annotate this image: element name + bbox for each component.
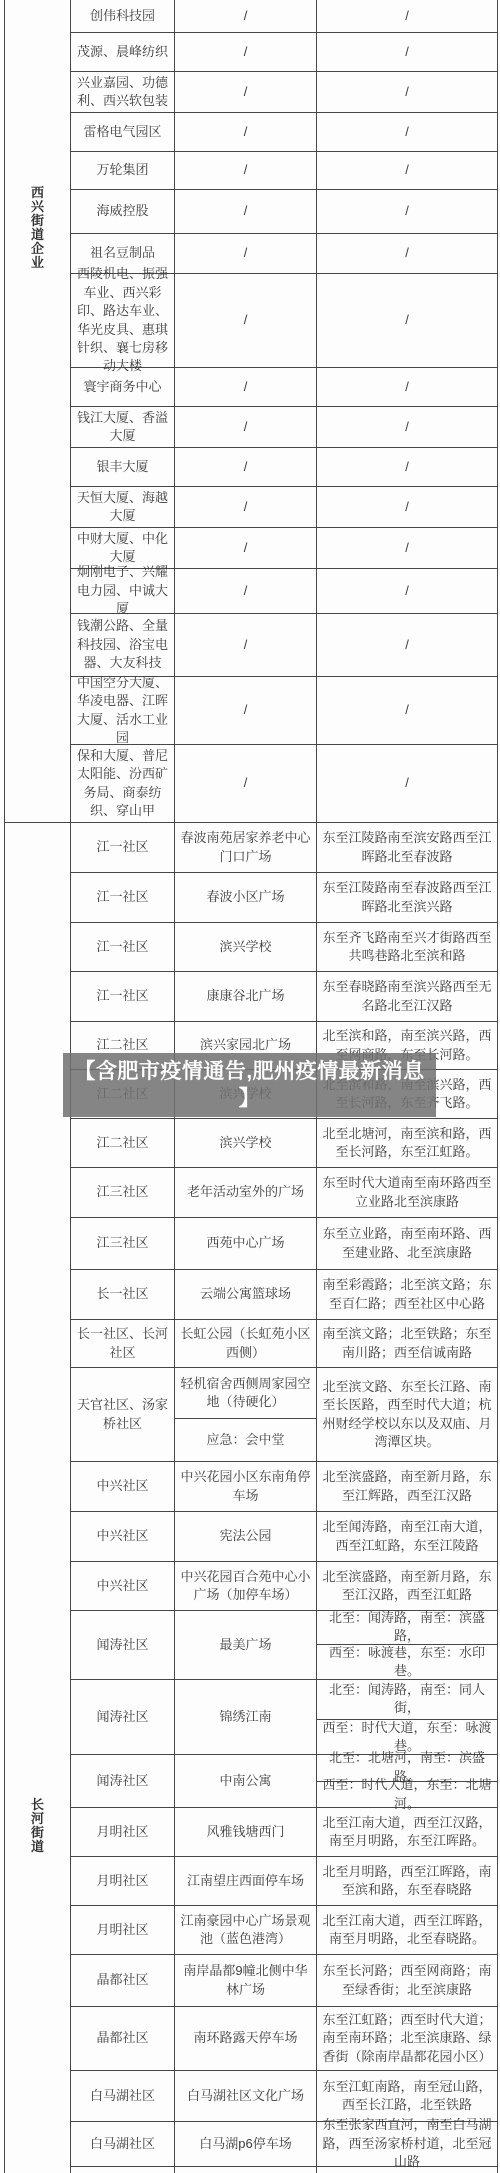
- table-row: 闻涛社区中南公寓北至：北塘河，南至：滨盛路，西至：时代大道，东至：北塘河。: [71, 1755, 497, 1808]
- community-cell: 闻涛社区: [71, 1611, 175, 1679]
- range-cell: 东至江虹路；西至时代大道；南至南环路；北至滨康路、绿香街（除南岸晶都花园小区）: [317, 2007, 497, 2070]
- site-cell-text: 江南豪园中心广场景观池（蓝色港湾）: [180, 1912, 311, 1949]
- table-row: 江三社区老年活动室外的广场东至时代大道南至南环路西至立业路北至滨康路: [71, 1168, 497, 1218]
- range-cell: 北至北塘河，南至滨和路，西至长河路，东至江虹路。: [317, 1119, 497, 1167]
- range-cell-text: 西至：咏渡巷，东至：水印巷。: [322, 1644, 492, 1681]
- watermark-line1: 【含肥市疫情通告,肥州疫情最新消息: [63, 1058, 436, 1085]
- community-cell-text: 长一社区: [96, 1285, 148, 1303]
- range-cell: 东至齐飞路南至兴才街路西至共鸣巷路北至滨和路: [317, 923, 497, 971]
- range-cell-text: /: [405, 636, 409, 654]
- range-cell-text: /: [405, 774, 409, 792]
- street-label-char: 道: [5, 1839, 70, 1853]
- table-row: 江二社区滨兴学校北至北塘河，南至滨和路，西至长河路，东至江虹路。: [71, 1119, 497, 1168]
- range-cell-text: 东至江虹南路，南至冠山路，西至长江路，北至铁路: [322, 2078, 492, 2115]
- range-cell-text: 南至滨文路；北至铁路；东至南川路；西至信诚南路: [322, 1325, 492, 1362]
- range-cell-text: /: [405, 202, 409, 220]
- community-cell-text: 江一社区: [96, 987, 148, 1005]
- range-cell: /: [317, 745, 497, 822]
- range-cell-text: /: [405, 458, 409, 476]
- table-row: 江一社区滨兴学校东至齐飞路南至兴才街路西至共鸣巷路北至滨和路: [71, 923, 497, 972]
- range-cell: 东至春晓路南至滨兴路西至无名路北至江汉路: [317, 972, 497, 1021]
- site-cell-text: 轻机宿舍西侧周家园空地（待硬化）: [180, 1375, 311, 1412]
- community-cell-text: 西陵机电、振强车业、西兴彩印、路达车业、华光皮具、惠琪针织、襄七房移动大楼: [76, 265, 169, 376]
- table-row: 白马湖社区白马湖p6停车场东至张家西直河，南至白马湖路，西至汤家桥村道，北至冠山…: [71, 2122, 497, 2167]
- street-label-char: 企: [5, 241, 70, 255]
- range-cell: 南至彩霞路；北至滨文路；东至百仁路；西至社区中心路: [317, 1270, 497, 1319]
- community-cell: 晶都社区: [71, 1955, 175, 2006]
- community-cell-text: 长一社区、长河社区: [76, 1325, 169, 1362]
- community-cell: 江三社区: [71, 1168, 175, 1217]
- range-cell: 东至时代大道南至南环路西至立业路北至滨康路: [317, 1168, 497, 1217]
- site-cell-text: /: [244, 774, 248, 792]
- site-cell: 长虹公园（长虹苑小区西侧）: [175, 1320, 317, 1367]
- table-row: 中兴社区中兴花园小区东南角停车场北至滨盛路，南至新月路，东至江辉路，西至江汉路: [71, 1462, 497, 1512]
- site-cell: /: [175, 368, 317, 406]
- site-cell-text: 风雅钱塘西门: [206, 1823, 284, 1841]
- street-section: 西兴街道企业创伟科技园//茂源、晨峰纺织//兴业嘉园、功德利、西兴软包装//雷格…: [5, 0, 497, 823]
- community-cell-text: 中财大厦、中化大厦: [76, 530, 169, 567]
- community-cell: 江一社区: [71, 972, 175, 1021]
- table-row: 创伟科技园//: [71, 0, 497, 33]
- site-cell: 滨兴学校: [175, 923, 317, 971]
- range-cell-part: 北至：闻涛路，南至：滨盛路，: [317, 1611, 497, 1645]
- street-label-char: 兴: [5, 199, 70, 213]
- community-cell-text: 天恒大厦、海越大厦: [76, 489, 169, 526]
- range-cell: /: [317, 528, 497, 568]
- site-cell: 春波小区广场: [175, 873, 317, 922]
- range-cell: 北至滨盛路，南至新月路，东至江辉路，西至江汉路: [317, 1462, 497, 1511]
- table-row: 晶都社区南环路露天停车场东至江虹路；西至时代大道；南至南环路；北至滨康路、绿香街…: [71, 2007, 497, 2071]
- range-cell-text: /: [405, 83, 409, 101]
- site-cell: /: [175, 614, 317, 676]
- community-cell-text: 江二社区: [96, 1036, 148, 1054]
- range-cell-part: 西至：时代大道，东至：北塘河。: [317, 1782, 497, 1808]
- community-cell: 中国空分大厦、华凌电器、江晖大厦、活水工业园: [71, 677, 175, 744]
- range-cell: /: [317, 368, 497, 406]
- site-cell: 宪法公园: [175, 1512, 317, 1561]
- site-cell: /: [175, 745, 317, 822]
- table-row: 天恒大厦、海越大厦//: [71, 487, 497, 528]
- site-cell: /: [175, 234, 317, 273]
- range-cell-text: /: [405, 701, 409, 719]
- table-row: 保和大厦、普尼太阳能、汾西矿务局、商泰纺织、穿山甲//: [71, 745, 497, 823]
- site-cell-text: 江南望庄西面停车场: [187, 1872, 304, 1890]
- site-cell: /: [175, 677, 317, 744]
- table-row: 中国空分大厦、华凌电器、江晖大厦、活水工业园//: [71, 677, 497, 745]
- community-cell: 茂源、晨峰纺织: [71, 33, 175, 71]
- community-cell: 长一社区: [71, 1270, 175, 1319]
- site-cell-text: 南岸晶都9幢北侧中华林广场: [180, 1962, 311, 1999]
- watermark-banner: 【含肥市疫情通告,肥州疫情最新消息 】: [63, 1053, 436, 1117]
- table-row: 江一社区春波小区广场东至江陵路南至春波路西至江晖路北至滨兴路: [71, 873, 497, 923]
- range-cell-text: 南至彩霞路；北至滨文路；东至百仁路；西至社区中心路: [322, 1276, 492, 1313]
- site-cell: 白马湖p6停车场: [175, 2122, 317, 2166]
- community-cell: 闻涛社区: [71, 1680, 175, 1754]
- site-cell: 老年活动室外的广场: [175, 1168, 317, 1217]
- street-group-label: 长河街道: [5, 1797, 70, 1853]
- range-cell-text: /: [405, 539, 409, 557]
- street-group-cell: 西兴街道企业: [5, 0, 71, 823]
- range-cell-text: 东至江陵路南至春波路西至江晖路北至滨兴路: [322, 879, 492, 916]
- community-cell: 寰宇商务中心: [71, 368, 175, 406]
- range-cell: 东至张家西直河，南至白马湖路，西至汤家桥村道，北至冠山路: [317, 2122, 497, 2166]
- site-cell-text: 白马湖p6停车场: [199, 2135, 291, 2153]
- range-cell-text: /: [405, 418, 409, 436]
- range-cell-text: /: [405, 582, 409, 600]
- community-cell-text: 江三社区: [96, 1234, 148, 1252]
- site-cell: /: [175, 33, 317, 71]
- community-cell-text: 江一社区: [96, 938, 148, 956]
- range-cell-text: 东至齐飞路南至兴才街路西至共鸣巷路北至滨和路: [322, 929, 492, 966]
- range-cell: 北至：闻涛路，南至：同人街，西至：时代大道，东至：咏渡巷。: [317, 1680, 497, 1754]
- table-row: 晶都社区南岸晶都9幢北侧中华林广场东至长河路；西至网商路；南至绿香街；北至滨康路: [71, 1955, 497, 2007]
- community-cell-text: 祖名豆制品: [90, 244, 155, 262]
- table-row: 中兴社区宪法公园北至闻涛路，南至江南大道，西至江虹路，东至江陵路: [71, 1512, 497, 1562]
- site-cell-text: 应急：会中堂: [206, 1431, 284, 1449]
- range-cell-text: 北至江南大道，西至江汉路，南至月明路，东至江晖路。: [322, 1814, 492, 1851]
- table-row: 江一社区康康谷北广场东至春晓路南至滨兴路西至无名路北至江汉路: [71, 972, 497, 1022]
- range-cell: 北至月明路，西至江晖路，南至滨和路，东至春晓路: [317, 1857, 497, 1905]
- range-cell-text: 东至江虹路；西至时代大道；南至南环路；北至滨康路、绿香街（除南岸晶都花园小区）: [322, 2011, 492, 2066]
- range-cell: /: [317, 569, 497, 613]
- site-cell: 南岸晶都9幢北侧中华林广场: [175, 1955, 317, 2006]
- community-cell-text: 银丰大厦: [96, 458, 148, 476]
- range-cell-text: 东至春晓路南至滨兴路西至无名路北至江汉路: [322, 978, 492, 1015]
- site-cell: 云端公寓篮球场: [175, 1270, 317, 1319]
- community-cell: 银丰大厦: [71, 448, 175, 486]
- community-cell: 万轮集团: [71, 152, 175, 189]
- site-cell-text: /: [244, 701, 248, 719]
- range-cell-text: /: [405, 161, 409, 179]
- range-cell-text: 北至滨盛路，南至新月路，东至江辉路，西至江汉路: [322, 1468, 492, 1505]
- table-row: 月明社区江南望庄西面停车场北至月明路，西至江晖路，南至滨和路，东至春晓路: [71, 1857, 497, 1906]
- site-cell-text: /: [244, 311, 248, 329]
- table-row: [71, 2167, 497, 2173]
- range-cell-text: 北至：闻涛路，南至：滨盛路，: [322, 1609, 492, 1646]
- community-cell-text: 保和大厦、普尼太阳能、汾西矿务局、商泰纺织、穿山甲: [76, 747, 169, 821]
- table-row: 兴业嘉园、功德利、西兴软包装//: [71, 72, 497, 113]
- street-group-label: 西兴街道企业: [5, 185, 70, 269]
- site-cell: [175, 2167, 317, 2173]
- community-cell-text: 江一社区: [96, 838, 148, 856]
- site-cell-text: 春波小区广场: [206, 888, 284, 906]
- site-cell: /: [175, 190, 317, 233]
- range-cell: 北至：北塘河，南至：滨盛路，西至：时代大道，东至：北塘河。: [317, 1755, 497, 1807]
- range-cell-part: 西至：咏渡巷，东至：水印巷。: [317, 1645, 497, 1680]
- site-cell-text: /: [244, 202, 248, 220]
- community-cell: 西陵机电、振强车业、西兴彩印、路达车业、华光皮具、惠琪针织、襄七房移动大楼: [71, 274, 175, 367]
- range-cell-text: 东至江陵路南至滨安路西至江晖路北至春波路: [322, 829, 492, 866]
- site-cell-text: 宪法公园: [219, 1527, 271, 1545]
- community-cell-text: 晶都社区: [96, 2029, 148, 2047]
- site-cell: 康康谷北广场: [175, 972, 317, 1021]
- table-row: 闻涛社区最美广场北至：闻涛路，南至：滨盛路，西至：咏渡巷，东至：水印巷。: [71, 1611, 497, 1680]
- community-cell-text: 寰宇商务中心: [83, 378, 161, 396]
- range-cell: /: [317, 190, 497, 233]
- site-cell: /: [175, 72, 317, 112]
- community-cell: 江二社区: [71, 1119, 175, 1167]
- site-cell: 中南公寓: [175, 1755, 317, 1807]
- range-cell: /: [317, 33, 497, 71]
- site-cell-text: /: [244, 123, 248, 141]
- watermark-line2: 】: [63, 1085, 436, 1112]
- range-cell-text: 北至月明路，西至江晖路，南至滨和路，东至春晓路: [322, 1863, 492, 1900]
- site-cell-text: /: [244, 7, 248, 25]
- community-cell-text: 月明社区: [96, 1872, 148, 1890]
- community-cell: 钱江大厦、香溢大厦: [71, 407, 175, 447]
- table-row: 白马湖社区白马湖社区文化广场东至江虹南路，南至冠山路，西至长江路，北至铁路: [71, 2071, 497, 2122]
- community-cell-text: 中兴社区: [96, 1577, 148, 1595]
- site-cell-text: /: [244, 418, 248, 436]
- range-cell: 北至滨文路、东至长江路、南至长医路，西至时代大道；杭州财经学校以东以及双庙、月湾…: [317, 1368, 497, 1461]
- community-cell: 白马湖社区: [71, 2071, 175, 2121]
- range-cell-text: /: [405, 123, 409, 141]
- community-cell: 长一社区、长河社区: [71, 1320, 175, 1367]
- community-cell-text: 月明社区: [96, 1823, 148, 1841]
- site-cell-text: /: [244, 539, 248, 557]
- site-cell: /: [175, 113, 317, 151]
- range-cell: /: [317, 614, 497, 676]
- rows-column: 创伟科技园//茂源、晨峰纺织//兴业嘉园、功德利、西兴软包装//雷格电气园区//…: [71, 0, 497, 823]
- community-cell-text: 钱潮公路、全量科技园、浴宝电器、大友科技: [76, 617, 169, 672]
- table-row: 长一社区、长河社区长虹公园（长虹苑小区西侧）南至滨文路；北至铁路；东至南川路；西…: [71, 1320, 497, 1368]
- community-cell: 月明社区: [71, 1808, 175, 1856]
- range-cell-text: 北至：闻涛路，南至：同人街，: [322, 1681, 492, 1718]
- site-cell-text: 滨兴学校: [219, 938, 271, 956]
- community-cell: 海威控股: [71, 190, 175, 233]
- site-cell: 白马湖社区文化广场: [175, 2071, 317, 2121]
- table-row: 钱江大厦、香溢大厦//: [71, 407, 497, 448]
- table-row: 江三社区西苑中心广场东至立业路，南至南环路、西至建业路、北至滨康路: [71, 1218, 497, 1270]
- range-cell-text: 北至江南大道，西至江晖路，南至月明路，北至春晓路。: [322, 1912, 492, 1949]
- site-cell-text: /: [244, 378, 248, 396]
- street-label-char: 河: [5, 1811, 70, 1825]
- community-cell-text: 中兴社区: [96, 1477, 148, 1495]
- range-cell-text: /: [405, 244, 409, 262]
- range-cell-text: 北至滨文路、东至长江路、南至长医路，西至时代大道；杭州财经学校以东以及双庙、月湾…: [322, 1378, 492, 1452]
- rows-column: 江一社区春波南苑居家养老中心门口广场东至江陵路南至滨安路西至江晖路北至春波路江一…: [71, 823, 497, 2173]
- range-cell: /: [317, 152, 497, 189]
- site-cell: 中兴花园小区东南角停车场: [175, 1462, 317, 1511]
- street-label-char: 西: [5, 185, 70, 199]
- community-cell: 月明社区: [71, 1857, 175, 1905]
- street-group-cell: 长河街道: [5, 823, 71, 2173]
- site-cell-text: 老年活动室外的广场: [187, 1183, 304, 1201]
- street-label-char: 街: [5, 213, 70, 227]
- community-cell: 炯刚电子、兴耀电力园、中诚大厦: [71, 569, 175, 613]
- range-cell: 北至：闻涛路，南至：滨盛路，西至：咏渡巷，东至：水印巷。: [317, 1611, 497, 1679]
- range-cell: 东至江陵路南至春波路西至江晖路北至滨兴路: [317, 873, 497, 922]
- site-cell-text: /: [244, 636, 248, 654]
- site-cell-text: /: [244, 244, 248, 262]
- site-cell: 最美广场: [175, 1611, 317, 1679]
- site-cell-text: 滨兴家园北广场: [200, 1036, 291, 1054]
- range-cell: /: [317, 234, 497, 273]
- range-cell: /: [317, 274, 497, 367]
- community-cell-text: 炯刚电子、兴耀电力园、中诚大厦: [76, 563, 169, 618]
- community-cell: 江一社区: [71, 873, 175, 922]
- site-cell-text: /: [244, 43, 248, 61]
- community-cell-text: 闻涛社区: [96, 1772, 148, 1790]
- table-row: 月明社区江南豪园中心广场景观池（蓝色港湾）北至江南大道，西至江晖路，南至月明路，…: [71, 1906, 497, 1955]
- range-cell-text: /: [405, 498, 409, 516]
- range-cell-text: 东至长河路；西至网商路；南至绿香街；北至滨康路: [322, 1962, 492, 1999]
- community-cell-text: 海威控股: [96, 202, 148, 220]
- community-cell: [71, 2167, 175, 2173]
- community-cell-text: 中国空分大厦、华凌电器、江晖大厦、活水工业园: [76, 674, 169, 748]
- table-row: 茂源、晨峰纺织//: [71, 33, 497, 72]
- site-cell-text: /: [244, 161, 248, 179]
- community-cell: 雷格电气园区: [71, 113, 175, 151]
- community-cell-text: 中兴社区: [96, 1527, 148, 1545]
- table-row: 西陵机电、振强车业、西兴彩印、路达车业、华光皮具、惠琪针织、襄七房移动大楼//: [71, 274, 497, 368]
- community-cell: 晶都社区: [71, 2007, 175, 2070]
- community-cell-text: 江三社区: [96, 1183, 148, 1201]
- range-cell: 东至立业路，南至南环路、西至建业路、北至滨康路: [317, 1218, 497, 1269]
- street-label-char: 道: [5, 227, 70, 241]
- community-cell-text: 白马湖社区: [90, 2087, 155, 2105]
- community-cell: 江一社区: [71, 923, 175, 971]
- range-cell-text: /: [405, 311, 409, 329]
- community-cell: 创伟科技园: [71, 0, 175, 32]
- site-cell-text: /: [244, 458, 248, 476]
- site-cell: /: [175, 528, 317, 568]
- community-cell: 钱潮公路、全量科技园、浴宝电器、大友科技: [71, 614, 175, 676]
- community-cell: 兴业嘉园、功德利、西兴软包装: [71, 72, 175, 112]
- community-cell: 江一社区: [71, 823, 175, 872]
- community-cell: 闻涛社区: [71, 1755, 175, 1807]
- site-cell-text: 西苑中心广场: [206, 1234, 284, 1252]
- site-cell: 滨兴学校: [175, 1119, 317, 1167]
- site-cell: /: [175, 407, 317, 447]
- community-cell: 中兴社区: [71, 1462, 175, 1511]
- community-cell-text: 晶都社区: [96, 1971, 148, 1989]
- range-cell: 南至滨文路；北至铁路；东至南川路；西至信诚南路: [317, 1320, 497, 1367]
- community-cell-text: 江一社区: [96, 888, 148, 906]
- site-cell-text: 最美广场: [219, 1636, 271, 1654]
- range-cell-part: 北至：闻涛路，南至：同人街，: [317, 1680, 497, 1720]
- range-cell-text: /: [405, 7, 409, 25]
- site-cell-text: 长虹公园（长虹苑小区西侧）: [180, 1325, 311, 1362]
- site-cell-text: 中南公寓: [219, 1772, 271, 1790]
- site-cell-text: 春波南苑居家养老中心门口广场: [180, 829, 311, 866]
- range-cell-text: 北至滨盛路，南至新月路，东至江汉路，西至江虹路: [322, 1568, 492, 1605]
- community-cell: 中财大厦、中化大厦: [71, 528, 175, 568]
- site-cell: 西苑中心广场: [175, 1218, 317, 1269]
- table-row: 钱潮公路、全量科技园、浴宝电器、大友科技//: [71, 614, 497, 677]
- table-row: 万轮集团//: [71, 152, 497, 190]
- site-cell-part: 应急：会中堂: [175, 1419, 316, 1461]
- range-cell: 北至滨盛路，南至新月路，东至江汉路，西至江虹路: [317, 1562, 497, 1610]
- table-row: 闻涛社区锦绣江南北至：闻涛路，南至：同人街，西至：时代大道，东至：咏渡巷。: [71, 1680, 497, 1755]
- street-section: 长河街道江一社区春波南苑居家养老中心门口广场东至江陵路南至滨安路西至江晖路北至春…: [5, 823, 497, 2173]
- site-cell: 锦绣江南: [175, 1680, 317, 1754]
- community-cell-text: 月明社区: [96, 1921, 148, 1939]
- community-cell: 中兴社区: [71, 1562, 175, 1610]
- table-row: 雷格电气园区//: [71, 113, 497, 152]
- community-cell-text: 兴业嘉园、功德利、西兴软包装: [76, 74, 169, 111]
- range-cell: 北至闻涛路，南至江南大道，西至江虹路，东至江陵路: [317, 1512, 497, 1561]
- range-cell-text: /: [405, 378, 409, 396]
- community-cell: 保和大厦、普尼太阳能、汾西矿务局、商泰纺织、穿山甲: [71, 745, 175, 822]
- table-row: 中兴社区中兴花园百合苑中心小广场（加停车场）北至滨盛路，南至新月路，东至江汉路，…: [71, 1562, 497, 1611]
- site-cell-text: 中兴花园小区东南角停车场: [180, 1468, 311, 1505]
- range-cell-text: /: [405, 43, 409, 61]
- community-cell-text: 闻涛社区: [96, 1636, 148, 1654]
- range-cell: /: [317, 407, 497, 447]
- site-cell-text: 康康谷北广场: [206, 987, 284, 1005]
- range-cell: /: [317, 113, 497, 151]
- range-cell-text: 北至北塘河，南至滨和路，西至长河路，东至江虹路。: [322, 1125, 492, 1162]
- site-cell-text: 滨兴学校: [219, 1134, 271, 1152]
- range-cell: 北至江南大道，西至江晖路，南至月明路，北至春晓路。: [317, 1906, 497, 1954]
- site-cell-text: 南环路露天停车场: [193, 2029, 297, 2047]
- community-cell-text: 创伟科技园: [90, 7, 155, 25]
- range-cell: /: [317, 448, 497, 486]
- street-label-char: 长: [5, 1797, 70, 1811]
- table-row: 江一社区春波南苑居家养老中心门口广场东至江陵路南至滨安路西至江晖路北至春波路: [71, 823, 497, 873]
- range-cell: /: [317, 677, 497, 744]
- community-cell: 天官社区、汤家桥社区: [71, 1368, 175, 1461]
- range-cell: 东至江陵路南至滨安路西至江晖路北至春波路: [317, 823, 497, 872]
- site-cell-text: /: [244, 498, 248, 516]
- site-cell: /: [175, 0, 317, 32]
- site-cell: 中兴花园百合苑中心小广场（加停车场）: [175, 1562, 317, 1610]
- community-cell: 江三社区: [71, 1218, 175, 1269]
- site-cell: /: [175, 569, 317, 613]
- site-cell-part: 轻机宿舍西侧周家园空地（待硬化）: [175, 1368, 316, 1419]
- site-cell: /: [175, 152, 317, 189]
- street-label-char: 业: [5, 255, 70, 269]
- site-cell-text: 白马湖社区文化广场: [187, 2087, 304, 2105]
- range-cell: 北至江南大道，西至江汉路，南至月明路，东至江晖路。: [317, 1808, 497, 1856]
- site-cell-text: 云端公寓篮球场: [200, 1285, 291, 1303]
- community-cell-text: 雷格电气园区: [83, 123, 161, 141]
- range-cell: 东至江虹南路，南至冠山路，西至长江路，北至铁路: [317, 2071, 497, 2121]
- table-row: 长一社区云端公寓篮球场南至彩霞路；北至滨文路；东至百仁路；西至社区中心路: [71, 1270, 497, 1320]
- community-cell: 中兴社区: [71, 1512, 175, 1561]
- table-row: 海威控股//: [71, 190, 497, 234]
- range-cell: 东至长河路；西至网商路；南至绿香街；北至滨康路: [317, 1955, 497, 2006]
- site-cell: /: [175, 487, 317, 527]
- community-cell-text: 茂源、晨峰纺织: [77, 43, 168, 61]
- table-row: 月明社区风雅钱塘西门北至江南大道，西至江汉路，南至月明路，东至江晖路。: [71, 1808, 497, 1857]
- community-cell-text: 闻涛社区: [96, 1708, 148, 1726]
- site-cell: 轻机宿舍西侧周家园空地（待硬化）应急：会中堂: [175, 1368, 317, 1461]
- community-cell-text: 白马湖社区: [90, 2135, 155, 2153]
- community-cell: 月明社区: [71, 1906, 175, 1954]
- site-cell: 江南豪园中心广场景观池（蓝色港湾）: [175, 1906, 317, 1954]
- site-cell: 风雅钱塘西门: [175, 1808, 317, 1856]
- site-cell-text: /: [244, 582, 248, 600]
- community-cell-text: 万轮集团: [96, 161, 148, 179]
- site-cell-text: 锦绣江南: [219, 1708, 271, 1726]
- range-cell: /: [317, 72, 497, 112]
- community-cell-text: 天官社区、汤家桥社区: [76, 1396, 169, 1433]
- range-cell-text: 北至闻涛路，南至江南大道，西至江虹路，东至江陵路: [322, 1518, 492, 1555]
- community-cell: 白马湖社区: [71, 2122, 175, 2166]
- table-row: 银丰大厦//: [71, 448, 497, 487]
- range-cell: [317, 2167, 497, 2173]
- site-cell-text: /: [244, 83, 248, 101]
- street-label-char: 街: [5, 1825, 70, 1839]
- range-cell-text: 东至时代大道南至南环路西至立业路北至滨康路: [322, 1174, 492, 1211]
- community-cell-text: 江二社区: [96, 1134, 148, 1152]
- site-cell: /: [175, 274, 317, 367]
- site-cell-text: 中兴花园百合苑中心小广场（加停车场）: [180, 1568, 311, 1605]
- range-cell-text: 东至立业路，南至南环路、西至建业路、北至滨康路: [322, 1225, 492, 1262]
- community-cell-text: 钱江大厦、香溢大厦: [76, 409, 169, 446]
